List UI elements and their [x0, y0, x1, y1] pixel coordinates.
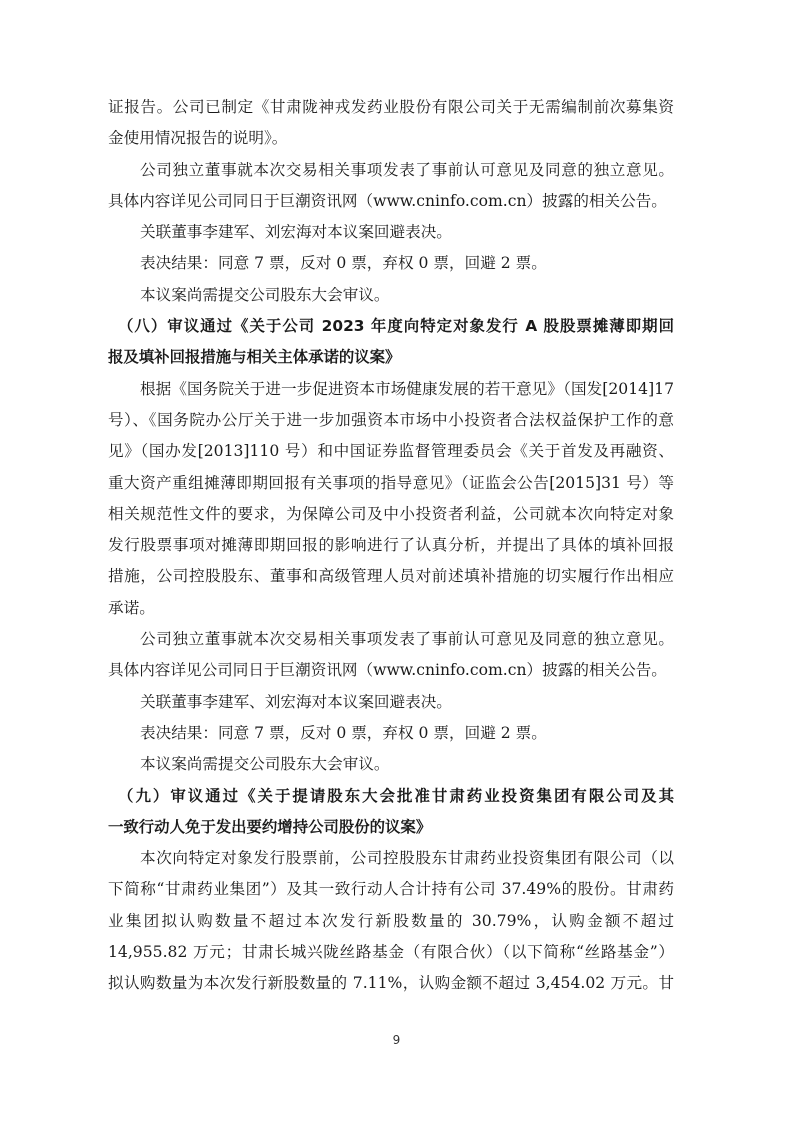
body-line: 业集团拟认购数量不超过本次发行新股数量的 30.79%，认购金额不超过 — [108, 906, 674, 937]
body-line: 根据《国务院关于进一步促进资本市场健康发展的若干意见》（国发[2014]17 — [108, 374, 674, 405]
document-page: 证报告。公司已制定《甘肃陇神戎发药业股份有限公司关于无需编制前次募集资 金使用情… — [108, 92, 674, 1000]
body-line: 证报告。公司已制定《甘肃陇神戎发药业股份有限公司关于无需编制前次募集资 — [108, 92, 674, 123]
section-heading-8-cont: 报及填补回报措施与相关主体承诺的议案》 — [108, 342, 674, 373]
body-line: 承诺。 — [108, 593, 674, 624]
body-line: 号）、《国务院办公厅关于进一步加强资本市场中小投资者合法权益保护工作的意 — [108, 405, 674, 436]
recusal-statement: 关联董事李建军、刘宏海对本议案回避表决。 — [108, 687, 674, 718]
page-number: 9 — [0, 1033, 793, 1047]
independent-director-opinion: 公司独立董事就本次交易相关事项发表了事前认可意见及同意的独立意见。 — [108, 624, 674, 655]
body-line: 具体内容详见公司同日于巨潮资讯网（www.cninfo.com.cn）披露的相关… — [108, 655, 674, 686]
body-line: 金使用情况报告的说明》。 — [108, 123, 674, 154]
submission-note: 本议案尚需提交公司股东大会审议。 — [108, 749, 674, 780]
body-line: 发行股票事项对摊薄即期回报的影响进行了认真分析，并提出了具体的填补回报 — [108, 530, 674, 561]
body-line: 本次向特定对象发行股票前，公司控股股东甘肃药业投资集团有限公司（以 — [108, 843, 674, 874]
body-line: 相关规范性文件的要求，为保障公司及中小投资者利益，公司就本次向特定对象 — [108, 499, 674, 530]
vote-result: 表决结果：同意 7 票，反对 0 票，弃权 0 票，回避 2 票。 — [108, 718, 674, 749]
vote-result: 表决结果：同意 7 票，反对 0 票，弃权 0 票，回避 2 票。 — [108, 248, 674, 279]
body-line: 见》（国办发[2013]110 号）和中国证券监督管理委员会《关于首发及再融资、 — [108, 436, 674, 467]
body-line: 具体内容详见公司同日于巨潮资讯网（www.cninfo.com.cn）披露的相关… — [108, 186, 674, 217]
body-line: 重大资产重组摊薄即期回报有关事项的指导意见》（证监会公告[2015]31 号）等 — [108, 468, 674, 499]
body-line: 拟认购数量为本次发行新股数量的 7.11%，认购金额不超过 3,454.02 万… — [108, 968, 674, 999]
section-heading-9: （九）审议通过《关于提请股东大会批准甘肃药业投资集团有限公司及其 — [108, 781, 674, 812]
body-line: 下简称“甘肃药业集团”）及其一致行动人合计持有公司 37.49%的股份。甘肃药 — [108, 874, 674, 905]
submission-note: 本议案尚需提交公司股东大会审议。 — [108, 280, 674, 311]
body-line: 14,955.82 万元；甘肃长城兴陇丝路基金（有限合伙）（以下简称“丝路基金”… — [108, 937, 674, 968]
recusal-statement: 关联董事李建军、刘宏海对本议案回避表决。 — [108, 217, 674, 248]
independent-director-opinion: 公司独立董事就本次交易相关事项发表了事前认可意见及同意的独立意见。 — [108, 155, 674, 186]
section-heading-8: （八）审议通过《关于公司 2023 年度向特定对象发行 A 股股票摊薄即期回 — [108, 311, 674, 342]
section-heading-9-cont: 一致行动人免于发出要约增持公司股份的议案》 — [108, 812, 674, 843]
body-line: 措施，公司控股股东、董事和高级管理人员对前述填补措施的切实履行作出相应 — [108, 561, 674, 592]
